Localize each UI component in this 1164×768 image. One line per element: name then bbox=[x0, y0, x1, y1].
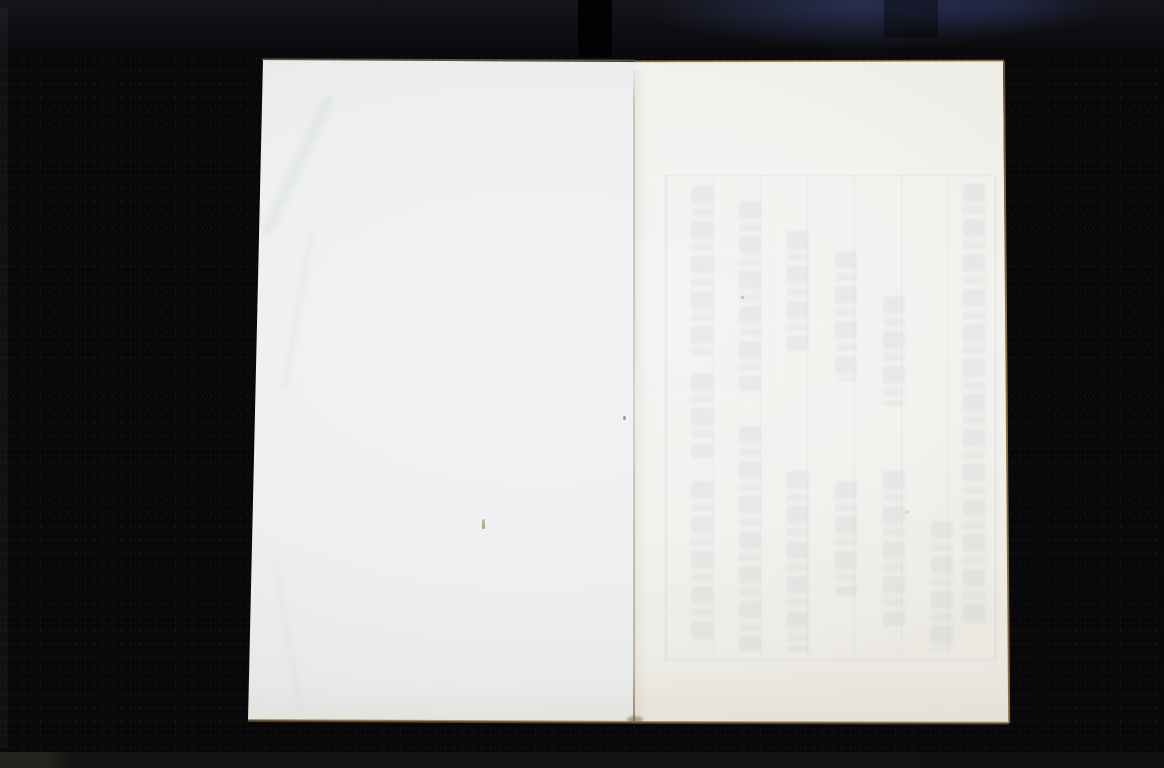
showthrough-glyph-column bbox=[835, 481, 857, 596]
showthrough-glyph-column bbox=[963, 184, 985, 624]
book-spine-shadow bbox=[635, 70, 647, 716]
showthrough-glyph-column bbox=[739, 426, 761, 651]
background-left-strip bbox=[0, 8, 8, 748]
spine-foot-smudge bbox=[627, 716, 643, 723]
showthrough-ruled-grid bbox=[665, 175, 996, 660]
background-top-gap-right bbox=[884, 0, 938, 38]
showthrough-glyph-column bbox=[691, 373, 713, 458]
showthrough-glyph-column bbox=[883, 296, 905, 406]
showthrough-glyph-column bbox=[835, 251, 857, 381]
showthrough-glyph-column bbox=[739, 201, 761, 391]
showthrough-glyph-column bbox=[691, 186, 713, 356]
background-top-gap bbox=[578, 0, 612, 57]
background-bottom-strip bbox=[0, 752, 1164, 768]
showthrough-glyph-column bbox=[691, 481, 713, 641]
showthrough-glyph-column bbox=[787, 471, 809, 651]
showthrough-glyph-column bbox=[931, 521, 953, 651]
showthrough-glyph-column bbox=[787, 231, 809, 351]
showthrough-glyph-column bbox=[883, 471, 905, 626]
photo-stage bbox=[0, 0, 1164, 768]
